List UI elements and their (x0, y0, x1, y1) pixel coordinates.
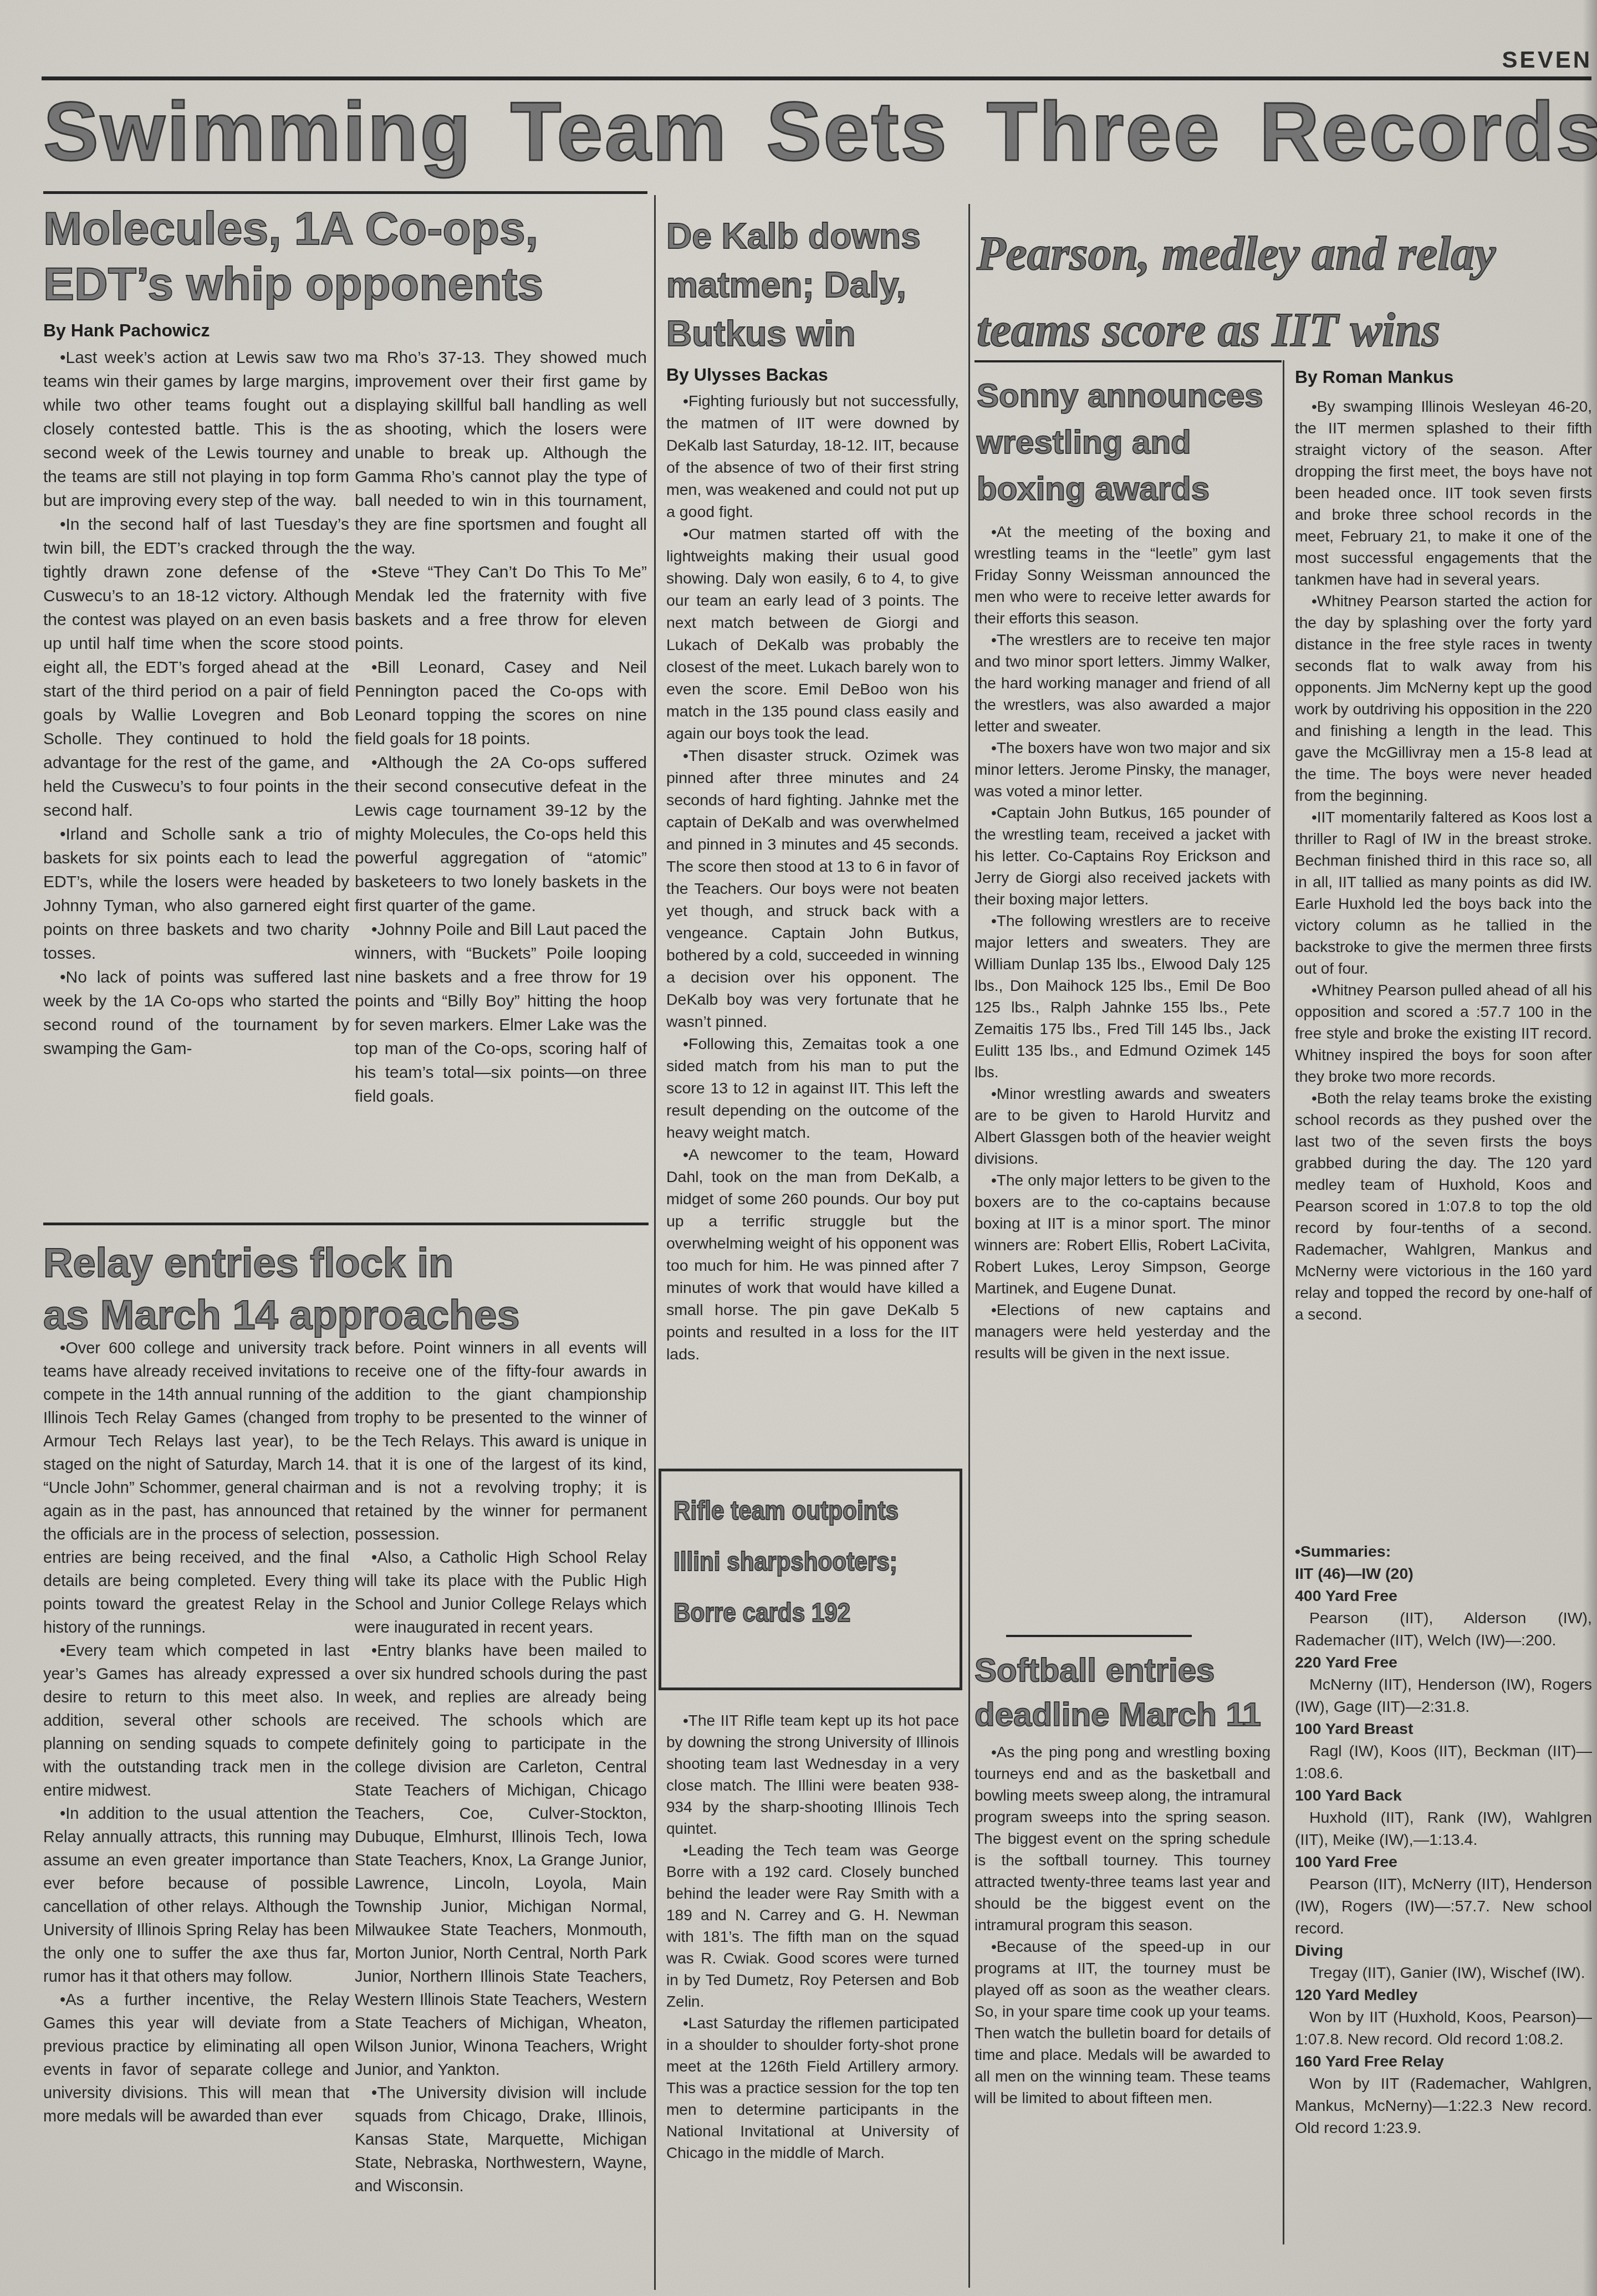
headline-line: Softball entries (974, 1648, 1274, 1692)
top-rule (42, 76, 1591, 80)
paragraph: •Although the 2A Co-ops suffered their s… (355, 751, 647, 918)
paragraph: •Leading the Tech team was George Borre … (666, 1839, 959, 2012)
paragraph: 100 Yard Free (1295, 1851, 1592, 1873)
paragraph: •In the second half of last Tuesday’s tw… (43, 513, 349, 822)
paragraph: •Summaries: (1295, 1541, 1592, 1563)
paragraph: Diving (1295, 1940, 1592, 1962)
paragraph: •Whitney Pearson pulled ahead of all his… (1295, 979, 1592, 1087)
headline-line: Rifle team outpoints (674, 1486, 915, 1537)
paragraph: •Bill Leonard, Casey and Neil Pennington… (355, 656, 647, 751)
paragraph: •The wrestlers are to receive ten major … (974, 629, 1271, 737)
article-headline: Relay entries flock in as March 14 appro… (43, 1237, 653, 1341)
paragraph: •Fighting furiously but not successfully… (666, 390, 959, 523)
paragraph: •Both the relay teams broke the existing… (1295, 1087, 1592, 1325)
headline-line: Borre cards 192 (674, 1588, 915, 1639)
paragraph: •Last week’s action at Lewis saw two tea… (43, 346, 349, 513)
headline-line: EDT’s whip opponents (43, 256, 653, 311)
boxed-headline: Rifle team outpoints Illini sharpshooter… (659, 1469, 962, 1690)
article-body-column: •At the meeting of the boxing and wrestl… (974, 521, 1271, 1627)
paragraph: Ragl (IW), Koos (IIT), Beckman (IIT)—1:0… (1295, 1740, 1592, 1784)
article-headline: Sonny announces wrestling and boxing awa… (977, 372, 1279, 512)
headline-line: Relay entries flock in (43, 1237, 653, 1289)
paragraph: •Whitney Pearson started the action for … (1295, 590, 1592, 806)
paragraph: 100 Yard Back (1295, 1784, 1592, 1807)
paragraph: 220 Yard Free (1295, 1651, 1592, 1674)
page-number: SEVEN (1441, 47, 1592, 73)
paragraph: •The boxers have won two major and six m… (974, 737, 1271, 802)
paragraph: •Following this, Zemaitas took a one sid… (666, 1033, 959, 1144)
paragraph: •As the ping pong and wrestling boxing t… (974, 1741, 1271, 1936)
byline: By Hank Pachowicz (43, 320, 210, 341)
paragraph: Pearson (IIT), McNerry (IIT), Henderson … (1295, 1873, 1592, 1940)
paragraph: Won by IIT (Huxhold, Koos, Pearson)—1:07… (1295, 2006, 1592, 2050)
headline-line: Pearson, medley and relay (977, 215, 1595, 292)
headline-line: matmen; Daly, (666, 260, 960, 309)
article-headline: Pearson, medley and relay teams score as… (977, 215, 1595, 368)
meet-summaries: •Summaries:IIT (46)—IW (20)400 Yard Free… (1295, 1541, 1592, 2239)
paragraph: Won by IIT (Rademacher, Wahlgren, Mankus… (1295, 2073, 1592, 2139)
paragraph: •Because of the speed-up in our programs… (974, 1936, 1271, 2109)
article-body-column: before. Point winners in all events will… (355, 1337, 647, 2294)
paragraph: Pearson (IIT), Alderson (IW), Rademacher… (1295, 1607, 1592, 1651)
paragraph: Tregay (IIT), Ganier (IW), Wischef (IW). (1295, 1962, 1592, 1984)
byline: By Roman Mankus (1295, 367, 1453, 387)
article-body-column: •The IIT Rifle team kept up its hot pace… (666, 1710, 959, 2292)
paragraph: Huxhold (IIT), Rank (IW), Wahlgren (IIT)… (1295, 1807, 1592, 1851)
article-body-column: ma Rho’s 37-13. They showed much improve… (355, 346, 647, 1210)
paragraph: IIT (46)—IW (20) (1295, 1563, 1592, 1585)
paragraph: 160 Yard Free Relay (1295, 2050, 1592, 2073)
paragraph: •A newcomer to the team, Howard Dahl, to… (666, 1144, 959, 1366)
paragraph: before. Point winners in all events will… (355, 1337, 647, 1546)
headline-line: as March 14 approaches (43, 1289, 653, 1341)
section-rule (1006, 1635, 1192, 1637)
column-divider (968, 204, 970, 2288)
headline-line: Sonny announces (977, 372, 1279, 419)
paragraph: •Also, a Catholic High School Relay will… (355, 1546, 647, 1639)
paragraph: •Our matmen started off with the lightwe… (666, 523, 959, 745)
paragraph: •By swamping Illinois Wesleyan 46-20, th… (1295, 396, 1592, 590)
paragraph: •The IIT Rifle team kept up its hot pace… (666, 1710, 959, 1839)
headline-line: Illini sharpshooters; (674, 1537, 915, 1588)
paragraph: •Captain John Butkus, 165 pounder of the… (974, 802, 1271, 910)
headline-line: deadline March 11 (974, 1692, 1274, 1737)
article-headline: Molecules, 1A Co-ops, EDT’s whip opponen… (43, 201, 653, 311)
headline-line: boxing awards (977, 466, 1279, 512)
article-body-column: •Last week’s action at Lewis saw two tea… (43, 346, 349, 1210)
article-headline: Rifle team outpoints Illini sharpshooter… (674, 1486, 915, 1639)
box-top-rule (974, 360, 1282, 362)
paragraph: •Then disaster struck. Ozimek was pinned… (666, 745, 959, 1033)
paragraph: •Johnny Poile and Bill Laut paced the wi… (355, 918, 647, 1108)
paragraph: •The following wrestlers are to receive … (974, 910, 1271, 1083)
paragraph: 400 Yard Free (1295, 1585, 1592, 1607)
headline-line: Butkus win (666, 309, 960, 358)
newspaper-page: SEVEN Swimming Team Sets Three Records M… (0, 0, 1597, 2296)
paragraph: •Every team which competed in last year’… (43, 1639, 349, 1802)
paragraph: ma Rho’s 37-13. They showed much improve… (355, 346, 647, 560)
paragraph: •Minor wrestling awards and sweaters are… (974, 1083, 1271, 1169)
banner-headline: Swimming Team Sets Three Records (43, 86, 1595, 176)
article-body-column: •As the ping pong and wrestling boxing t… (974, 1741, 1271, 2262)
paragraph: •The only major letters to be given to t… (974, 1169, 1271, 1299)
paragraph: •Irland and Scholle sank a trio of baske… (43, 822, 349, 965)
paragraph: •The University division will include sq… (355, 2082, 647, 2198)
paragraph: •As a further incentive, the Relay Games… (43, 1988, 349, 2128)
paragraph: •Elections of new captains and managers … (974, 1299, 1271, 1364)
headline-line: teams score as IIT wins (977, 292, 1595, 368)
paragraph: •At the meeting of the boxing and wrestl… (974, 521, 1271, 629)
column-divider (1283, 360, 1284, 2244)
paragraph: •IIT momentarily faltered as Koos lost a… (1295, 806, 1592, 979)
article-body-column: •Over 600 college and university track t… (43, 1337, 349, 2294)
paragraph: •Over 600 college and university track t… (43, 1337, 349, 1639)
paragraph: 120 Yard Medley (1295, 1984, 1592, 2006)
paragraph: •In addition to the usual attention the … (43, 1802, 349, 1988)
article-body-column: •Fighting furiously but not successfully… (666, 390, 959, 1460)
section-rule (43, 1223, 649, 1225)
paragraph: •Steve “They Can’t Do This To Me” Mendak… (355, 560, 647, 656)
headline-line: De Kalb downs (666, 212, 960, 260)
paragraph: •Entry blanks have been mailed to over s… (355, 1639, 647, 2082)
byline: By Ulysses Backas (666, 365, 828, 385)
paragraph: 100 Yard Breast (1295, 1718, 1592, 1740)
article-body-column: •By swamping Illinois Wesleyan 46-20, th… (1295, 396, 1592, 1532)
headline-line: wrestling and (977, 419, 1279, 466)
column-divider (654, 195, 656, 2290)
article-headline: Softball entries deadline March 11 (974, 1648, 1274, 1737)
paragraph: McNerny (IIT), Henderson (IW), Rogers (I… (1295, 1674, 1592, 1718)
article-headline: De Kalb downs matmen; Daly, Butkus win (666, 212, 960, 358)
headline-line: Molecules, 1A Co-ops, (43, 201, 653, 256)
scan-edge-shade (1583, 0, 1597, 2296)
paragraph: •Last Saturday the riflemen participated… (666, 2012, 959, 2164)
paragraph: •No lack of points was suffered last wee… (43, 965, 349, 1061)
banner-subrule (43, 191, 647, 194)
